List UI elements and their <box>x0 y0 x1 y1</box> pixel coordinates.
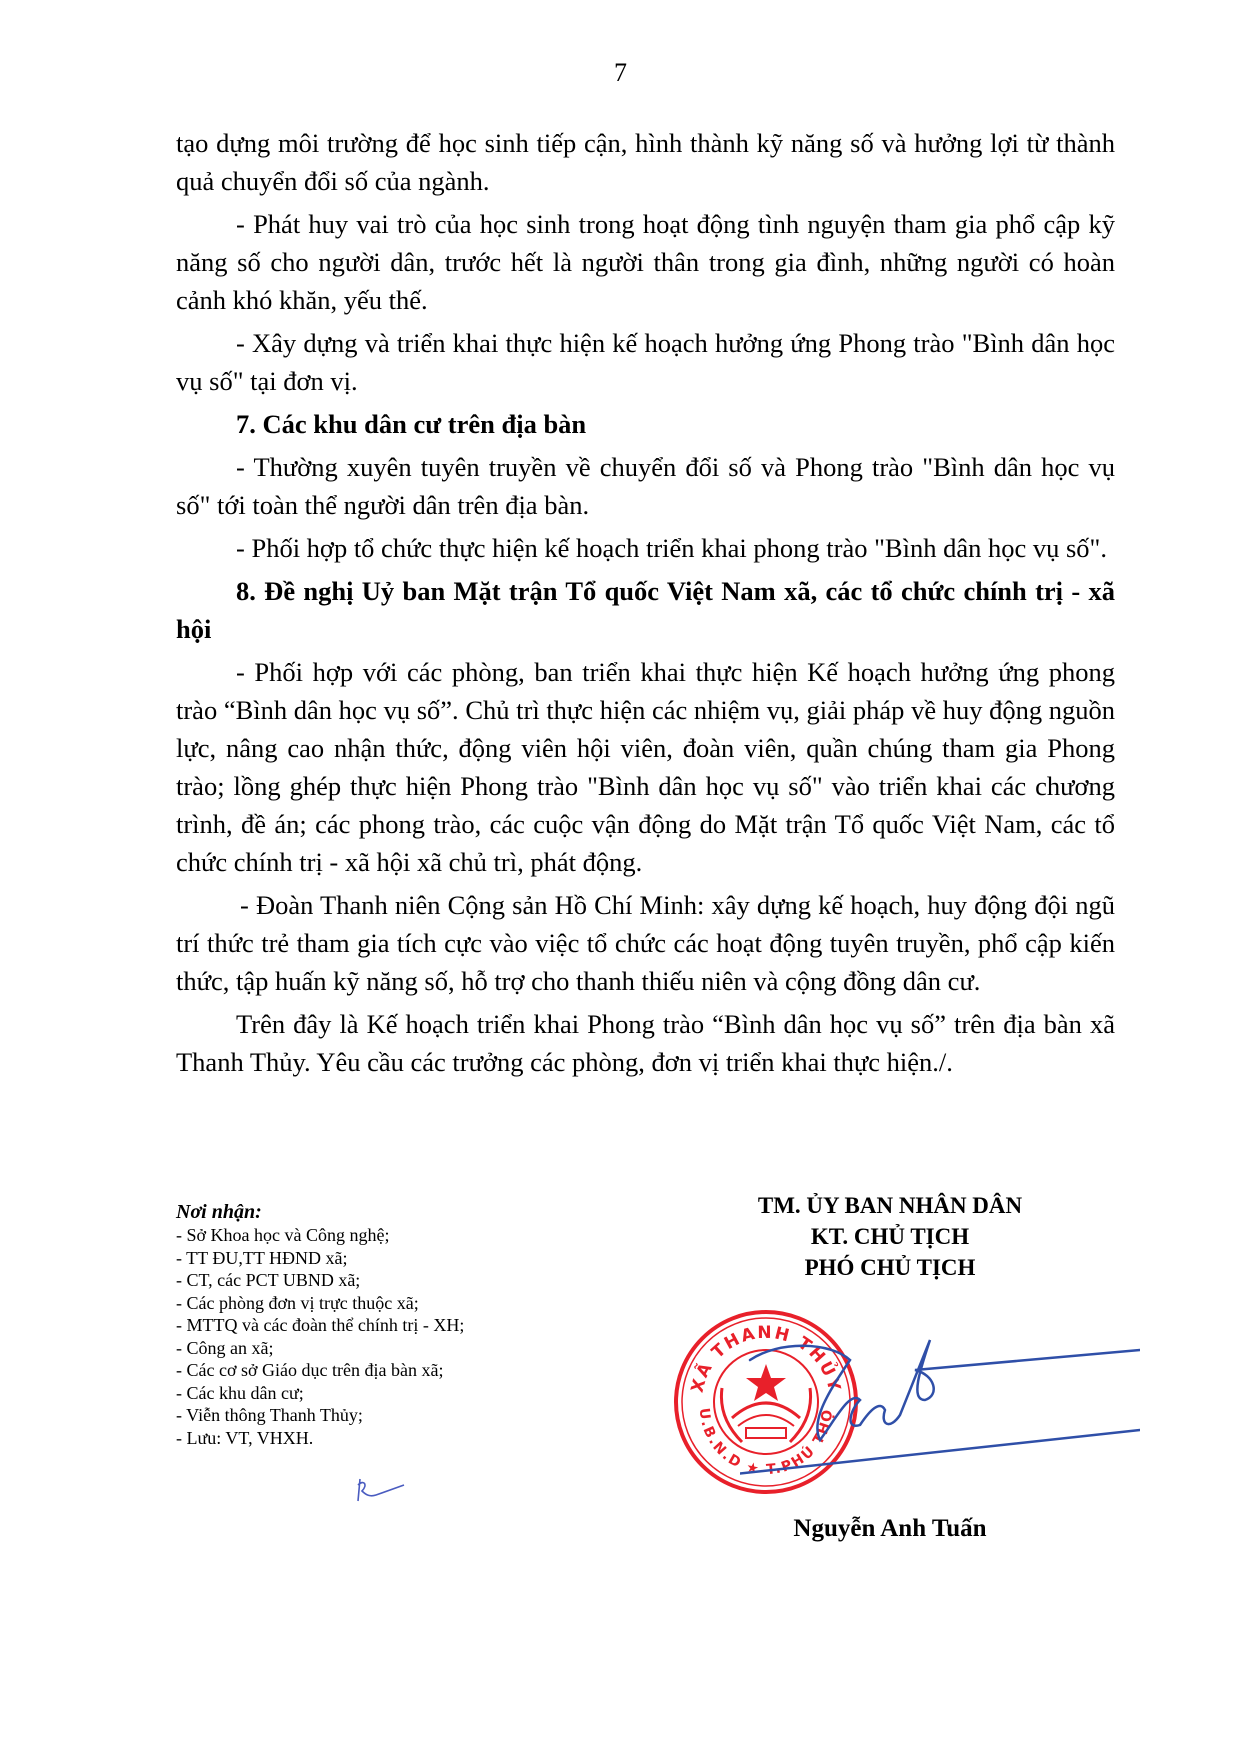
initials-icon <box>352 1475 412 1505</box>
recipient-item: - Lưu: VT, VHXH. <box>176 1427 576 1450</box>
handwritten-signature-icon <box>740 1330 1140 1490</box>
recipient-item: - TT ĐU,TT HĐND xã; <box>176 1247 576 1270</box>
paragraph-continuation: tạo dựng môi trường để học sinh tiếp cận… <box>176 124 1115 200</box>
paragraph-bullet: - Đoàn Thanh niên Cộng sản Hồ Chí Minh: … <box>176 886 1115 1000</box>
recipient-item: - Các phòng đơn vị trực thuộc xã; <box>176 1292 576 1315</box>
recipient-item: - CT, các PCT UBND xã; <box>176 1269 576 1292</box>
recipient-item: - Các khu dân cư; <box>176 1382 576 1405</box>
section-heading-7: 7. Các khu dân cư trên địa bàn <box>176 405 1115 443</box>
recipient-item: - Các cơ sở Giáo dục trên địa bàn xã; <box>176 1359 576 1382</box>
signature-line-2: KT. CHỦ TỊCH <box>680 1221 1100 1252</box>
recipient-item: - MTTQ và các đoàn thể chính trị - XH; <box>176 1314 576 1337</box>
paragraph-bullet: - Thường xuyên tuyên truyền về chuyển đổ… <box>176 448 1115 524</box>
recipients-title: Nơi nhận: <box>176 1200 576 1224</box>
recipient-item: - Công an xã; <box>176 1337 576 1360</box>
signer-name: Nguyễn Anh Tuấn <box>680 1515 1100 1543</box>
signature-title-block: TM. ỦY BAN NHÂN DÂN KT. CHỦ TỊCH PHÓ CHỦ… <box>680 1190 1100 1283</box>
signature-line-1: TM. ỦY BAN NHÂN DÂN <box>680 1190 1100 1221</box>
section-heading-8: 8. Đề nghị Uỷ ban Mặt trận Tổ quốc Việt … <box>176 572 1115 648</box>
page-number: 7 <box>0 58 1241 88</box>
recipient-item: - Sở Khoa học và Công nghệ; <box>176 1224 576 1247</box>
recipients-block: Nơi nhận: - Sở Khoa học và Công nghệ; - … <box>176 1200 576 1449</box>
document-body: tạo dựng môi trường để học sinh tiếp cận… <box>176 124 1115 1086</box>
paragraph-closing: Trên đây là Kế hoạch triển khai Phong tr… <box>176 1005 1115 1081</box>
paragraph-bullet: - Xây dựng và triển khai thực hiện kế ho… <box>176 324 1115 400</box>
paragraph-bullet: - Phối hợp tổ chức thực hiện kế hoạch tr… <box>176 529 1115 567</box>
signature-line-3: PHÓ CHỦ TỊCH <box>680 1252 1100 1283</box>
paragraph-bullet: - Phối hợp với các phòng, ban triển khai… <box>176 653 1115 881</box>
recipient-item: - Viễn thông Thanh Thủy; <box>176 1404 576 1427</box>
paragraph-bullet: - Phát huy vai trò của học sinh trong ho… <box>176 205 1115 319</box>
